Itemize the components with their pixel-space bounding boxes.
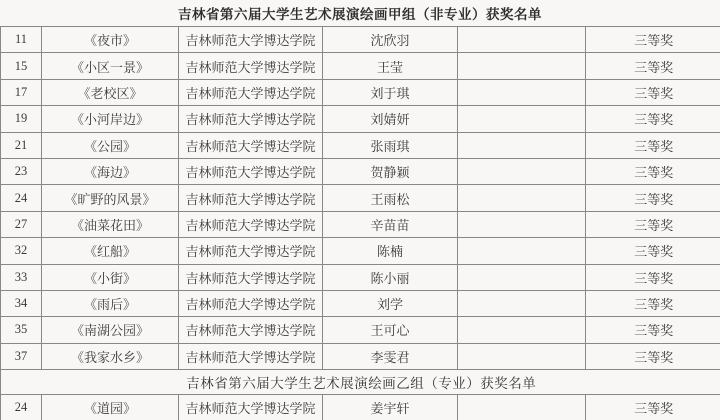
document-page: 吉林省第六届大学生艺术展演绘画甲组（非专业）获奖名单 11《夜市》吉林师范大学博…	[0, 0, 720, 420]
cell-author: 王雨松	[323, 185, 458, 211]
cell-entry-number: 34	[1, 290, 42, 316]
section1-title: 吉林省第六届大学生艺术展演绘画甲组（非专业）获奖名单	[0, 0, 720, 26]
cell-entry-number: 33	[1, 264, 42, 290]
cell-author: 李雯君	[323, 343, 458, 369]
cell-artwork-title: 《海边》	[42, 158, 179, 184]
table-row: 15《小区一景》吉林师范大学博达学院王莹三等奖	[1, 53, 720, 79]
cell-artwork-title: 《小区一景》	[42, 53, 179, 79]
cell-entry-number: 24	[1, 185, 42, 211]
cell-blank	[458, 343, 586, 369]
cell-artwork-title: 《夜市》	[42, 27, 179, 53]
cell-artwork-title: 《公园》	[42, 132, 179, 158]
cell-school: 吉林师范大学博达学院	[179, 53, 323, 79]
cell-award: 三等奖	[586, 264, 720, 290]
table-row: 34《雨后》吉林师范大学博达学院刘学三等奖	[1, 290, 720, 316]
cell-school: 吉林师范大学博达学院	[179, 238, 323, 264]
cell-artwork-title: 《雨后》	[42, 290, 179, 316]
cell-school: 吉林师范大学博达学院	[179, 211, 323, 237]
cell-author: 陈楠	[323, 238, 458, 264]
cell-author: 王可心	[323, 317, 458, 343]
cell-award: 三等奖	[586, 317, 720, 343]
cell-school: 吉林师范大学博达学院	[179, 290, 323, 316]
cell-school: 吉林师范大学博达学院	[179, 158, 323, 184]
cell-artwork-title: 《南湖公园》	[42, 317, 179, 343]
cell-artwork-title: 《油菜花田》	[42, 211, 179, 237]
cell-entry-number: 27	[1, 211, 42, 237]
cell-award: 三等奖	[586, 53, 720, 79]
section2-title: 吉林省第六届大学生艺术展演绘画乙组（专业）获奖名单	[1, 370, 720, 395]
table-row: 17《老校区》吉林师范大学博达学院刘于琪三等奖	[1, 79, 720, 105]
table-row: 37《我家水乡》吉林师范大学博达学院李雯君三等奖	[1, 343, 720, 369]
cell-entry-number: 17	[1, 79, 42, 105]
cell-blank	[458, 317, 586, 343]
cell-blank	[458, 27, 586, 53]
table-row: 24《道园》吉林师范大学博达学院姜宇轩三等奖	[1, 395, 720, 420]
table-row: 27《油菜花田》吉林师范大学博达学院辛苗苗三等奖	[1, 211, 720, 237]
cell-entry-number: 32	[1, 238, 42, 264]
table-row: 24《旷野的风景》吉林师范大学博达学院王雨松三等奖	[1, 185, 720, 211]
table-row: 33《小街》吉林师范大学博达学院陈小丽三等奖	[1, 264, 720, 290]
cell-school: 吉林师范大学博达学院	[179, 343, 323, 369]
cell-entry-number: 11	[1, 27, 42, 53]
cell-award: 三等奖	[586, 106, 720, 132]
cell-entry-number: 23	[1, 158, 42, 184]
cell-award: 三等奖	[586, 395, 720, 420]
cell-blank	[458, 264, 586, 290]
cell-award: 三等奖	[586, 185, 720, 211]
table-row: 11《夜市》吉林师范大学博达学院沈欣羽三等奖	[1, 27, 720, 53]
awards-table: 11《夜市》吉林师范大学博达学院沈欣羽三等奖 15《小区一景》吉林师范大学博达学…	[0, 26, 720, 420]
cell-blank	[458, 185, 586, 211]
cell-award: 三等奖	[586, 158, 720, 184]
cell-author: 刘学	[323, 290, 458, 316]
table-row: 32《红船》吉林师范大学博达学院陈楠三等奖	[1, 238, 720, 264]
cell-entry-number: 21	[1, 132, 42, 158]
table-row: 21《公园》吉林师范大学博达学院张雨琪三等奖	[1, 132, 720, 158]
cell-artwork-title: 《小街》	[42, 264, 179, 290]
cell-school: 吉林师范大学博达学院	[179, 27, 323, 53]
cell-award: 三等奖	[586, 290, 720, 316]
cell-entry-number: 15	[1, 53, 42, 79]
cell-blank	[458, 238, 586, 264]
cell-author: 姜宇轩	[323, 395, 458, 420]
cell-author: 王莹	[323, 53, 458, 79]
cell-blank	[458, 211, 586, 237]
cell-blank	[458, 395, 586, 420]
cell-school: 吉林师范大学博达学院	[179, 132, 323, 158]
cell-entry-number: 35	[1, 317, 42, 343]
section2-title-row: 吉林省第六届大学生艺术展演绘画乙组（专业）获奖名单	[1, 370, 720, 395]
cell-author: 辛苗苗	[323, 211, 458, 237]
table-row: 35《南湖公园》吉林师范大学博达学院王可心三等奖	[1, 317, 720, 343]
cell-author: 刘婧妍	[323, 106, 458, 132]
cell-school: 吉林师范大学博达学院	[179, 264, 323, 290]
cell-award: 三等奖	[586, 343, 720, 369]
cell-artwork-title: 《旷野的风景》	[42, 185, 179, 211]
cell-award: 三等奖	[586, 132, 720, 158]
cell-blank	[458, 79, 586, 105]
cell-school: 吉林师范大学博达学院	[179, 317, 323, 343]
cell-artwork-title: 《道园》	[42, 395, 179, 420]
cell-author: 贺静颖	[323, 158, 458, 184]
cell-author: 陈小丽	[323, 264, 458, 290]
table-row: 19《小河岸边》吉林师范大学博达学院刘婧妍三等奖	[1, 106, 720, 132]
cell-blank	[458, 132, 586, 158]
cell-blank	[458, 158, 586, 184]
cell-school: 吉林师范大学博达学院	[179, 185, 323, 211]
cell-award: 三等奖	[586, 79, 720, 105]
cell-artwork-title: 《老校区》	[42, 79, 179, 105]
cell-entry-number: 37	[1, 343, 42, 369]
cell-author: 沈欣羽	[323, 27, 458, 53]
cell-school: 吉林师范大学博达学院	[179, 79, 323, 105]
cell-school: 吉林师范大学博达学院	[179, 106, 323, 132]
cell-artwork-title: 《小河岸边》	[42, 106, 179, 132]
cell-award: 三等奖	[586, 238, 720, 264]
cell-blank	[458, 290, 586, 316]
cell-blank	[458, 53, 586, 79]
cell-award: 三等奖	[586, 211, 720, 237]
cell-artwork-title: 《红船》	[42, 238, 179, 264]
cell-award: 三等奖	[586, 27, 720, 53]
table-row: 23《海边》吉林师范大学博达学院贺静颖三等奖	[1, 158, 720, 184]
cell-entry-number: 24	[1, 395, 42, 420]
cell-entry-number: 19	[1, 106, 42, 132]
cell-artwork-title: 《我家水乡》	[42, 343, 179, 369]
cell-author: 刘于琪	[323, 79, 458, 105]
cell-blank	[458, 106, 586, 132]
cell-author: 张雨琪	[323, 132, 458, 158]
cell-school: 吉林师范大学博达学院	[179, 395, 323, 420]
